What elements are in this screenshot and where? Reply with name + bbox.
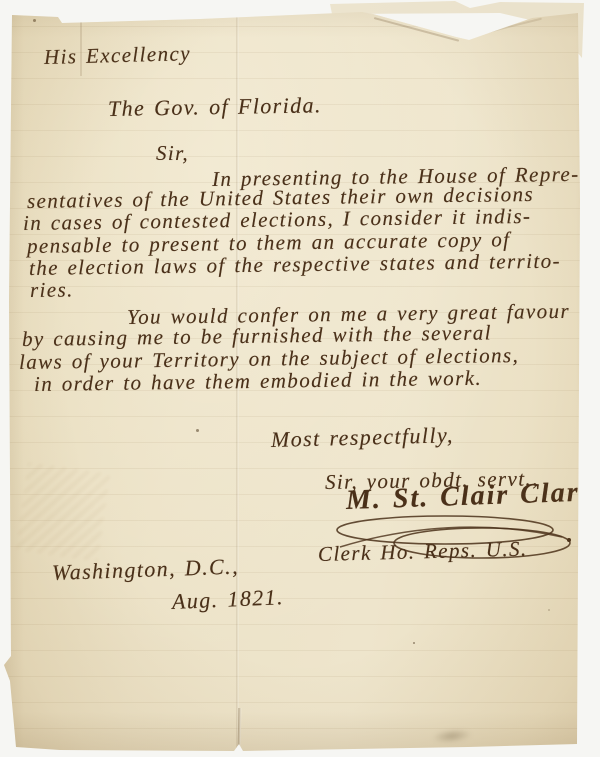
body-line: the election laws of the respective stat… [29, 251, 561, 279]
signature-title: Clerk Ho. Reps. U.S. [318, 539, 528, 565]
letter-addressee-title: The Gov. of Florida. [108, 94, 322, 120]
body-line: ries. [30, 279, 74, 301]
letter-paper: His Excellency The Gov. of Florida. Sir,… [0, 0, 600, 757]
body-line: in order to have them embodied in the wo… [34, 368, 482, 395]
letter-closing: Most respectfully, [271, 424, 454, 451]
ink-showthrough [16, 463, 109, 562]
letter-salutation: Sir, [156, 143, 189, 164]
letter-scan: His Excellency The Gov. of Florida. Sir,… [0, 0, 600, 757]
bottom-edge-slit [238, 708, 242, 749]
signature: M. St. Clair Clarke [346, 478, 600, 515]
paper-speck [196, 429, 199, 432]
fold-crease [468, 18, 542, 38]
letter-addressee: His Excellency [44, 43, 191, 68]
letter-place: Washington, D.C., [52, 555, 240, 584]
fold-crease [374, 17, 460, 42]
paper-speck [548, 609, 550, 611]
paper-speck [33, 19, 36, 22]
paper-speck [413, 642, 415, 644]
letter-date: Aug. 1821. [172, 586, 285, 613]
ink-smudge [424, 724, 480, 748]
